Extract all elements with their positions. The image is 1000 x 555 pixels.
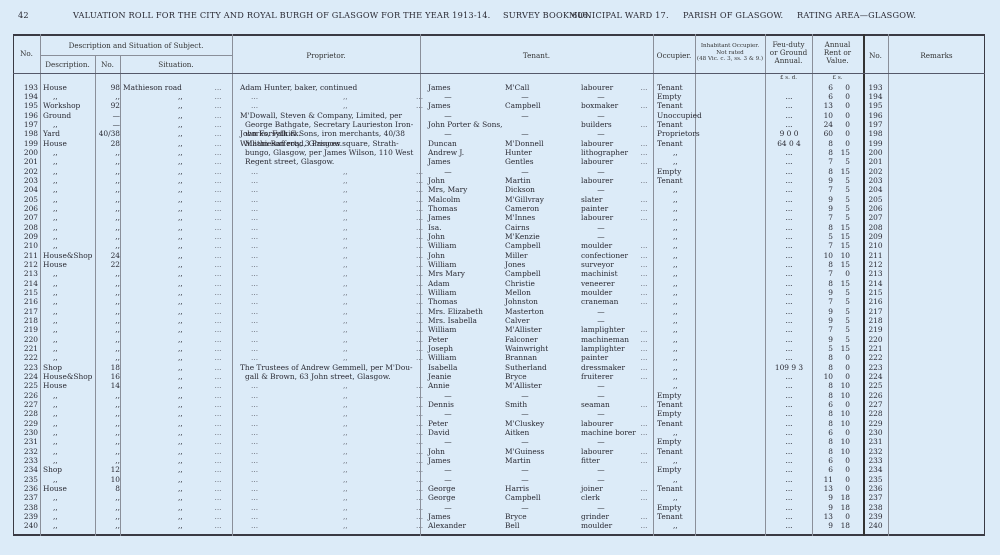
annual-shillings: 15: [836, 167, 850, 176]
situation: ,,: [178, 232, 278, 241]
situation: ,,: [178, 465, 278, 474]
annual-pounds: 8: [813, 447, 833, 456]
street-number: ,,: [95, 512, 120, 521]
description: ,,: [53, 428, 58, 437]
tenant-leader-dots: ...: [637, 101, 651, 110]
situation-leader-dots: ...: [208, 111, 228, 120]
ditto-mark: ,,: [343, 335, 348, 344]
description: ,,: [53, 409, 58, 418]
street-number: ,,: [95, 391, 120, 400]
table-row: 239,,,,,,JamesBrycegrinderTenant...13023…: [13, 512, 985, 521]
ditto-mark: ,,: [343, 353, 348, 362]
entry-number: 225: [13, 381, 38, 390]
table-row: 204,,,,,,Mrs, MaryDickson—,,...75204....…: [13, 185, 985, 194]
description: ,,: [53, 391, 58, 400]
annual-shillings: 0: [836, 139, 850, 148]
situation: ,,: [178, 353, 278, 362]
description: ,,: [53, 92, 58, 101]
table-row: 200,,,,,,Andrew J.Hunterlithographer,,..…: [13, 148, 985, 157]
street-number: ,,: [95, 204, 120, 213]
ditto-mark: ,,: [343, 475, 348, 484]
annual-shillings: 10: [836, 251, 850, 260]
situation-leader-dots: ...: [208, 381, 228, 390]
situation: ,,: [178, 493, 278, 502]
ditto-mark: ...: [251, 232, 258, 241]
street-number: ,,: [95, 241, 120, 250]
entry-number: 206: [13, 204, 38, 213]
annual-shillings: 0: [836, 120, 850, 129]
street-number: 28: [95, 139, 120, 148]
annual-shillings: 0: [836, 129, 850, 138]
table-row: 199House28,,DuncanM'DonnelllabourerTenan…: [13, 139, 985, 148]
situation-leader-dots: ...: [208, 325, 228, 334]
annual-pounds: 13: [813, 484, 833, 493]
tenant-first-name: James: [428, 456, 498, 465]
table-row: 211House&Shop24,,JohnMillerconfectioner,…: [13, 251, 985, 260]
ditto-mark: ...: [251, 325, 258, 334]
tenant-surname: —: [505, 111, 545, 120]
description: ,,: [53, 157, 58, 166]
tenant-occupation: —: [581, 316, 621, 325]
ditto-mark: ,,: [343, 185, 348, 194]
description: Yard: [43, 129, 60, 138]
table-row: 213,,,,,,Mrs MaryCampbellmachinist,,...7…: [13, 269, 985, 278]
ditto-mark: ...: [251, 456, 258, 465]
description: ,,: [53, 344, 58, 353]
tenant-first-name: Mrs Mary: [428, 269, 498, 278]
occupier-status: Unoccupied: [657, 111, 699, 120]
annual-shillings: 0: [836, 92, 850, 101]
tenant-surname: Cameron: [505, 204, 575, 213]
situation: ,,: [178, 419, 278, 428]
proprietor-line: Adam Hunter, baker, continued: [240, 83, 357, 92]
ditto-mark: ...: [416, 400, 423, 409]
entry-number: 219: [13, 325, 38, 334]
street-number: ,,: [95, 456, 120, 465]
entry-number-right: 223: [863, 363, 888, 372]
ditto-mark: ...: [251, 391, 258, 400]
tenant-surname: Martin: [505, 176, 575, 185]
tenant-first-name: William: [428, 260, 498, 269]
description: ,,: [53, 279, 58, 288]
street-number: 14: [95, 381, 120, 390]
ditto-mark: ...: [416, 213, 423, 222]
ditto-mark: ,,: [343, 176, 348, 185]
inhabitant-line-3: (48 Vic. c. 3, ss. 3 & 9.): [695, 56, 765, 63]
description: ,,: [53, 353, 58, 362]
description: ,,: [53, 176, 58, 185]
tenant-first-name: John: [428, 447, 498, 456]
ditto-mark: ,,: [343, 167, 348, 176]
entry-number-right: 213: [863, 269, 888, 278]
situation-leader-dots: ...: [208, 484, 228, 493]
tenant-surname: Masterton: [505, 307, 575, 316]
situation: ,,: [178, 297, 278, 306]
street-number: ,,: [95, 503, 120, 512]
street-number: ,,: [95, 279, 120, 288]
street-number: ,,: [95, 157, 120, 166]
tenant-leader-dots: ...: [637, 419, 651, 428]
description: ,,: [53, 297, 58, 306]
situation: ,,: [178, 279, 278, 288]
street-number: ,,: [95, 493, 120, 502]
entry-number: 234: [13, 465, 38, 474]
entry-number: 202: [13, 167, 38, 176]
street-number: ,,: [95, 521, 120, 530]
situation: ,,: [178, 503, 278, 512]
tenant-first-name: Thomas: [428, 204, 498, 213]
entry-number: 208: [13, 223, 38, 232]
annual-pounds: 9: [813, 195, 833, 204]
occupier-status: ,,: [673, 269, 715, 278]
annual-units: £ s.: [812, 75, 863, 82]
entry-number: 228: [13, 409, 38, 418]
annual-shillings: 5: [836, 185, 850, 194]
situation-leader-dots: ...: [208, 213, 228, 222]
annual-shillings: 0: [836, 363, 850, 372]
tenant-leader-dots: ...: [637, 157, 651, 166]
proprietor-entry: William Rafferty, 3 Princes square, Stra…: [240, 139, 413, 167]
feu-duty: ...: [765, 92, 813, 101]
table-row: 236House8,,GeorgeHarrisjoinerTenant...13…: [13, 484, 985, 493]
street-number: ,,: [95, 269, 120, 278]
ditto-mark: ...: [251, 409, 258, 418]
ditto-mark: ...: [416, 335, 423, 344]
situation-leader-dots: ...: [208, 92, 228, 101]
occupier-status: ,,: [673, 316, 715, 325]
description: ,,: [53, 204, 58, 213]
tenant-surname: M'Kenzie: [505, 232, 575, 241]
occupier-status: ,,: [673, 363, 715, 372]
annual-shillings: 5: [836, 325, 850, 334]
ditto-mark: ...: [251, 101, 258, 110]
entry-number: 230: [13, 428, 38, 437]
annual-shillings: 5: [836, 204, 850, 213]
annual-pounds: 8: [813, 353, 833, 362]
tenant-surname: —: [505, 167, 545, 176]
tenant-surname: Martin: [505, 456, 575, 465]
description: ,,: [53, 503, 58, 512]
annual-pounds: 9: [813, 316, 833, 325]
occupier-status: ,,: [673, 325, 715, 334]
ditto-mark: ...: [251, 288, 258, 297]
tenant-occupation: —: [581, 409, 621, 418]
entry-number: 213: [13, 269, 38, 278]
feu-duty: ...: [765, 111, 813, 120]
ditto-mark: ,,: [343, 260, 348, 269]
ditto-mark: ...: [416, 325, 423, 334]
situation: ,,: [178, 475, 278, 484]
entry-number-right: 218: [863, 316, 888, 325]
annual-pounds: 8: [813, 437, 833, 446]
annual-line-3: Value.: [812, 57, 863, 65]
table-row: 209,,,,,,JohnM'Kenzie—,,...515209......,…: [13, 232, 985, 241]
tenant-surname: Calver: [505, 316, 575, 325]
tenant-first-name: James: [428, 157, 498, 166]
feu-duty: ...: [765, 157, 813, 166]
table-row: 240,,,,,,AlexanderBellmoulder,,...918240…: [13, 521, 985, 530]
tenant-first-name: —: [428, 409, 468, 418]
tenant-occupation: —: [581, 503, 621, 512]
tenant-surname: Bryce: [505, 512, 575, 521]
annual-shillings: 5: [836, 297, 850, 306]
street-number: ,,: [95, 223, 120, 232]
feu-duty: ...: [765, 185, 813, 194]
situation: ,,: [178, 512, 278, 521]
tenant-surname: Johnston: [505, 297, 575, 306]
situation: ,,: [178, 521, 278, 530]
feu-duty: ...: [765, 260, 813, 269]
situation-leader-dots: ...: [208, 251, 228, 260]
ditto-mark: ...: [251, 475, 258, 484]
feu-duty: ...: [765, 316, 813, 325]
entry-number: 205: [13, 195, 38, 204]
annual-shillings: 15: [836, 223, 850, 232]
ditto-mark: ...: [251, 465, 258, 474]
street-number: ,,: [95, 316, 120, 325]
annual-shillings: 10: [836, 409, 850, 418]
tenant-leader-dots: ...: [637, 353, 651, 362]
street-number: ,,: [95, 335, 120, 344]
occupier-status: ,,: [673, 251, 715, 260]
entry-number-right: 214: [863, 279, 888, 288]
entry-number: 226: [13, 391, 38, 400]
entry-number-right: 231: [863, 437, 888, 446]
entry-number-right: 222: [863, 353, 888, 362]
entry-number-right: 216: [863, 297, 888, 306]
description: House: [43, 139, 67, 148]
ditto-mark: ...: [416, 493, 423, 502]
tenant-leader-dots: ...: [637, 363, 651, 372]
annual-pounds: 8: [813, 391, 833, 400]
col-header-occupier: Occupier.: [653, 52, 695, 60]
feu-line-3: Annual.: [765, 57, 812, 65]
entry-number-right: 201: [863, 157, 888, 166]
situation-leader-dots: ...: [208, 316, 228, 325]
tenant-leader-dots: ...: [637, 456, 651, 465]
proprietor-line: gall & Brown, 63 John street, Glasgow.: [240, 372, 413, 381]
annual-pounds: 6: [813, 465, 833, 474]
tenant-first-name: —: [428, 503, 468, 512]
annual-shillings: 15: [836, 279, 850, 288]
annual-pounds: 9: [813, 204, 833, 213]
entry-number-right: 233: [863, 456, 888, 465]
ditto-mark: ...: [251, 512, 258, 521]
tenant-first-name: John Porter & Sons,: [428, 120, 498, 129]
annual-pounds: 6: [813, 92, 833, 101]
entry-number-right: 226: [863, 391, 888, 400]
annual-pounds: 11: [813, 475, 833, 484]
entry-number: 201: [13, 157, 38, 166]
tenant-surname: M'Gillvray: [505, 195, 575, 204]
tenant-surname: Bryce: [505, 372, 575, 381]
tenant-leader-dots: ...: [637, 279, 651, 288]
situation: ,,: [178, 185, 278, 194]
entry-number-right: 239: [863, 512, 888, 521]
ditto-mark: ...: [416, 465, 423, 474]
annual-shillings: 0: [836, 353, 850, 362]
occupier-status: Empty: [657, 437, 699, 446]
ditto-mark: ...: [251, 269, 258, 278]
ditto-mark: ...: [416, 447, 423, 456]
entry-number-right: 206: [863, 204, 888, 213]
annual-shillings: 18: [836, 493, 850, 502]
tenant-leader-dots: ...: [637, 83, 651, 92]
tenant-leader-dots: ...: [637, 139, 651, 148]
description: Ground: [43, 111, 71, 120]
entry-number-right: 202: [863, 167, 888, 176]
description: ,,: [53, 437, 58, 446]
entry-number: 227: [13, 400, 38, 409]
ditto-mark: ...: [416, 195, 423, 204]
ditto-mark: ...: [416, 409, 423, 418]
ditto-mark: ,,: [343, 391, 348, 400]
ditto-mark: ,,: [343, 428, 348, 437]
tenant-occupation: —: [581, 465, 621, 474]
tenant-surname: Gentles: [505, 157, 575, 166]
situation-leader-dots: ...: [208, 120, 228, 129]
tenant-leader-dots: ...: [637, 400, 651, 409]
feu-duty: ...: [765, 204, 813, 213]
occupier-status: ,,: [673, 372, 715, 381]
tenant-leader-dots: ...: [637, 447, 651, 456]
annual-pounds: 5: [813, 232, 833, 241]
ditto-mark: ...: [416, 503, 423, 512]
feu-duty: ...: [765, 419, 813, 428]
table-row: 229,,,,,,PeterM'CluskeylabourerTenant...…: [13, 419, 985, 428]
tenant-surname: Sutherland: [505, 363, 575, 372]
ditto-mark: ...: [416, 185, 423, 194]
feu-duty: ...: [765, 167, 813, 176]
table-row: 235,,10,,———,,...110235......,,...: [13, 475, 985, 484]
situation: ,,: [178, 447, 278, 456]
description: ,,: [53, 325, 58, 334]
feu-duty: 109 9 3: [765, 363, 813, 372]
tenant-leader-dots: ...: [637, 204, 651, 213]
occupier-status: ,,: [673, 260, 715, 269]
annual-shillings: 5: [836, 335, 850, 344]
ditto-mark: ...: [251, 297, 258, 306]
tenant-surname: M'Donnell: [505, 139, 575, 148]
table-row: 201,,,,,,JamesGentleslabourer,,...75201.…: [13, 157, 985, 166]
ditto-mark: ...: [251, 279, 258, 288]
street-number: 10: [95, 475, 120, 484]
tenant-surname: —: [505, 437, 545, 446]
tenant-surname: —: [505, 391, 545, 400]
annual-shillings: 5: [836, 176, 850, 185]
tenant-first-name: James: [428, 83, 498, 92]
col-header-no: No.: [13, 50, 40, 58]
table-row: 196Ground—,,———Unoccupied...100196...: [13, 111, 985, 120]
entry-number-right: 240: [863, 521, 888, 530]
entry-number: 220: [13, 335, 38, 344]
ditto-mark: ...: [416, 428, 423, 437]
tenant-first-name: —: [428, 129, 468, 138]
tenant-first-name: Thomas: [428, 297, 498, 306]
ditto-mark: ,,: [343, 204, 348, 213]
annual-pounds: 5: [813, 344, 833, 353]
description: ,,: [53, 195, 58, 204]
entry-number-right: 232: [863, 447, 888, 456]
table-row: 227,,,,,,DennisSmithseamanTenant...60227…: [13, 400, 985, 409]
tenant-leader-dots: ...: [637, 241, 651, 250]
entry-number-right: 197: [863, 120, 888, 129]
situation-leader-dots: ...: [208, 475, 228, 484]
occupier-status: ,,: [673, 204, 715, 213]
feu-duty: 9 0 0: [765, 129, 813, 138]
entry-number-right: 229: [863, 419, 888, 428]
occupier-status: Empty: [657, 391, 699, 400]
street-number: 98: [95, 83, 120, 92]
situation: ,,: [178, 456, 278, 465]
tenant-leader-dots: ...: [637, 344, 651, 353]
proprietor-line: bungo, Glasgow, per James Wilson, 110 We…: [240, 148, 413, 157]
description: ,,: [53, 120, 58, 129]
ditto-mark: ...: [251, 195, 258, 204]
street-number: ,,: [95, 213, 120, 222]
ditto-mark: ...: [416, 344, 423, 353]
ditto-mark: ...: [416, 204, 423, 213]
ditto-mark: ,,: [343, 269, 348, 278]
entry-number: 198: [13, 129, 38, 138]
entry-number-right: 215: [863, 288, 888, 297]
table-row: 207,,,,,,JamesM'Inneslabourer,,...75207.…: [13, 213, 985, 222]
entry-number: 194: [13, 92, 38, 101]
tenant-leader-dots: ...: [637, 269, 651, 278]
occupier-status: Empty: [657, 465, 699, 474]
tenant-occupation: —: [581, 223, 621, 232]
situation-leader-dots: ...: [208, 176, 228, 185]
ditto-mark: ...: [251, 251, 258, 260]
street-number: ,,: [95, 92, 120, 101]
entry-number-right: 211: [863, 251, 888, 260]
ditto-mark: ,,: [343, 213, 348, 222]
entry-number: 236: [13, 484, 38, 493]
annual-pounds: 10: [813, 372, 833, 381]
street-number: 12: [95, 465, 120, 474]
proprietor-line: Regent street, Glasgow.: [240, 157, 413, 166]
situation-leader-dots: ...: [208, 307, 228, 316]
description: House&Shop: [43, 251, 92, 260]
entry-number-right: 219: [863, 325, 888, 334]
occupier-status: ,,: [673, 344, 715, 353]
description: ,,: [53, 167, 58, 176]
ditto-mark: ...: [251, 344, 258, 353]
street-number: 24: [95, 251, 120, 260]
street-number: ,,: [95, 325, 120, 334]
header-bottom-rule: [13, 73, 985, 74]
situation-leader-dots: ...: [208, 400, 228, 409]
entry-number: 237: [13, 493, 38, 502]
proprietor-line: George Bathgate, Secretary Laurieston Ir…: [240, 120, 413, 129]
annual-shillings: 15: [836, 260, 850, 269]
tenant-leader-dots: ...: [637, 521, 651, 530]
annual-pounds: 8: [813, 167, 833, 176]
occupier-status: Empty: [657, 167, 699, 176]
situation-leader-dots: ...: [208, 204, 228, 213]
feu-duty: ...: [765, 400, 813, 409]
entry-number-right: 200: [863, 148, 888, 157]
situation-leader-dots: ...: [208, 437, 228, 446]
tenant-surname: Campbell: [505, 101, 575, 110]
entry-number-right: 209: [863, 232, 888, 241]
tenant-surname: —: [505, 92, 545, 101]
tenant-surname: M'Guiness: [505, 447, 575, 456]
feu-duty: ...: [765, 223, 813, 232]
feu-duty: ...: [765, 353, 813, 362]
proprietor-line: The Trustees of Andrew Gemmell, per M'Do…: [240, 363, 413, 372]
parish: PARISH OF GLASGOW.: [683, 10, 783, 20]
